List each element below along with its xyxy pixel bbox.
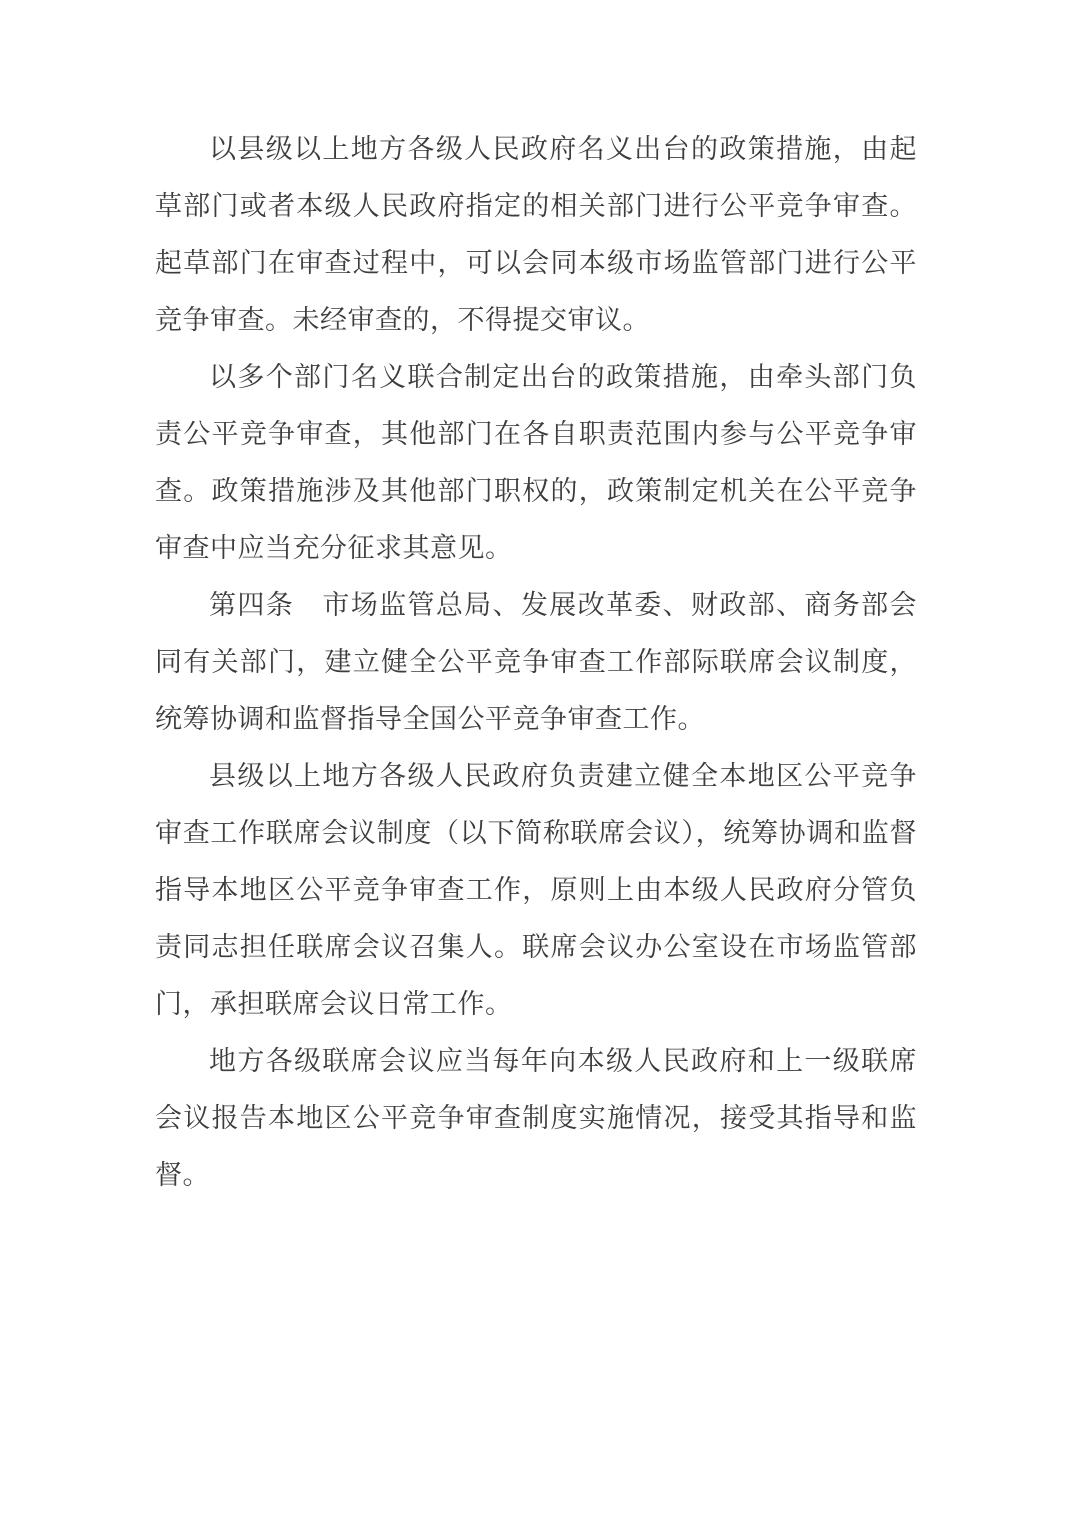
document-body: 以县级以上地方各级人民政府名义出台的政策措施，由起草部门或者本级人民政府指定的相…: [155, 121, 917, 1204]
paragraph-drafting-department-review: 以县级以上地方各级人民政府名义出台的政策措施，由起草部门或者本级人民政府指定的相…: [155, 121, 917, 349]
paragraph-annual-report-requirement: 地方各级联席会议应当每年向本级人民政府和上一级联席会议报告本地区公平竞争审查制度…: [155, 1033, 917, 1204]
document-page: 以县级以上地方各级人民政府名义出台的政策措施，由起草部门或者本级人民政府指定的相…: [0, 0, 1074, 1520]
paragraph-joint-departments-review: 以多个部门名义联合制定出台的政策措施，由牵头部门负责公平竞争审查，其他部门在各自…: [155, 349, 917, 577]
paragraph-local-joint-meeting-system: 县级以上地方各级人民政府负责建立健全本地区公平竞争审查工作联席会议制度（以下简称…: [155, 748, 917, 1033]
paragraph-article-4-interministerial-joint-meeting: 第四条 市场监管总局、发展改革委、财政部、商务部会同有关部门，建立健全公平竞争审…: [155, 577, 917, 748]
